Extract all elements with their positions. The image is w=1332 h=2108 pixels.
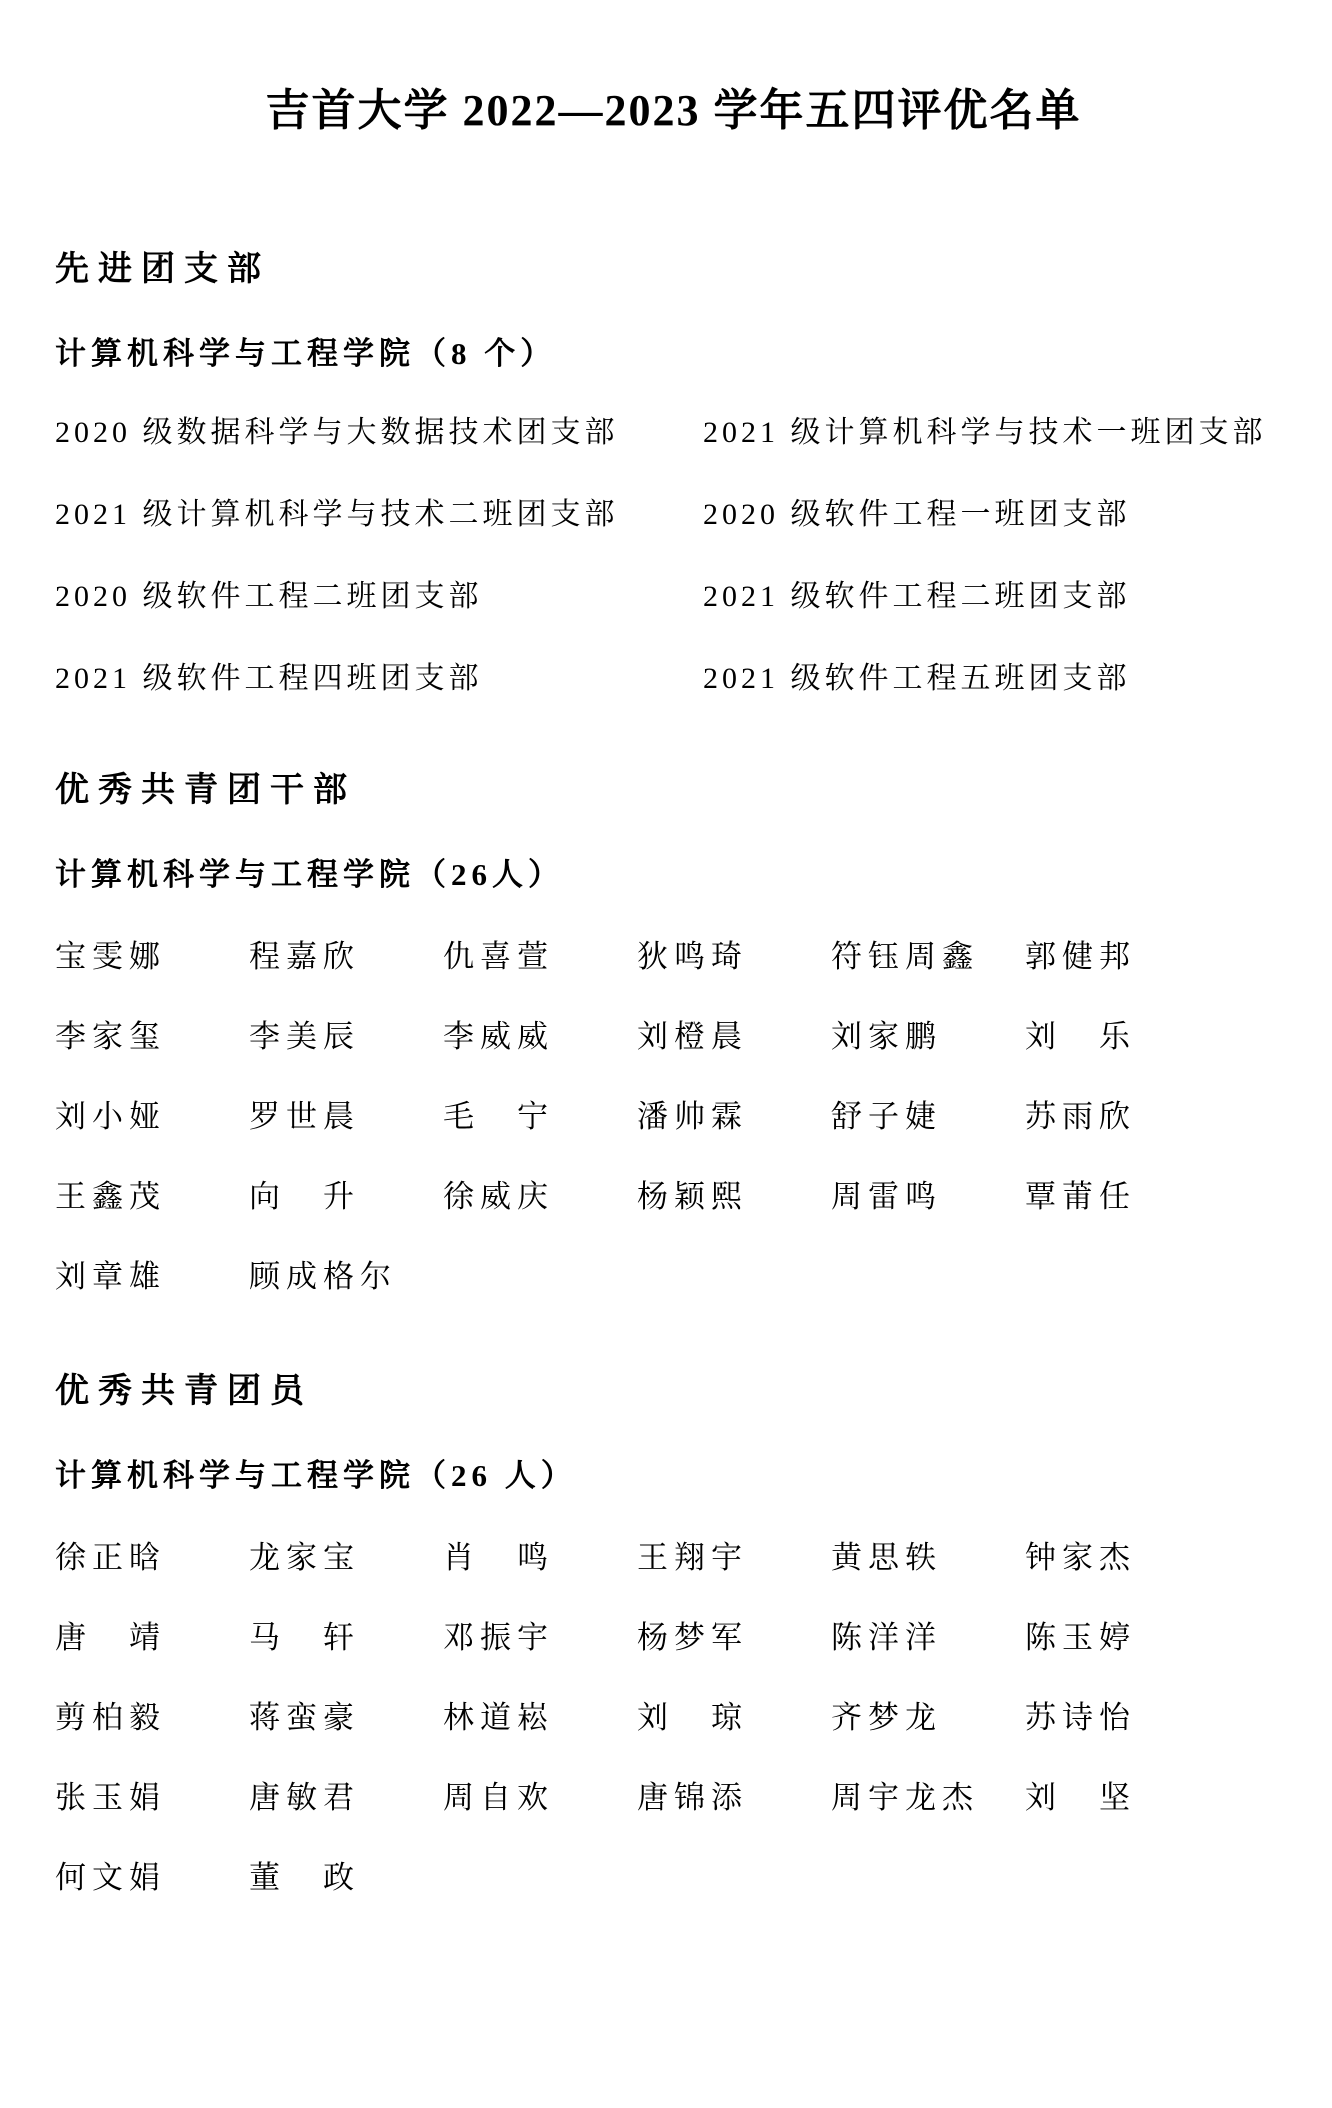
section-heading: 优秀共青团干部 xyxy=(55,770,1292,812)
name-item: 王鑫茂 xyxy=(55,1175,249,1219)
name-item: 钟家杰 xyxy=(1025,1536,1219,1580)
name-item: 唐 靖 xyxy=(55,1616,249,1660)
name-item: 何文娟 xyxy=(55,1856,249,1900)
branch-row: 2021 级计算机科学与技术二班团支部2020 级软件工程一班团支部 xyxy=(55,496,1292,534)
branch-row: 2021 级软件工程四班团支部2021 级软件工程五班团支部 xyxy=(55,660,1292,698)
name-item: 刘章雄 xyxy=(55,1255,249,1299)
section-subheading: 计算机科学与工程学院（26人） xyxy=(55,855,1292,895)
name-item: 顾成格尔 xyxy=(249,1255,443,1299)
section-subheading: 计算机科学与工程学院（8 个） xyxy=(55,334,1292,374)
name-item: 符钰周鑫 xyxy=(831,935,1025,979)
name-item: 马 轩 xyxy=(249,1616,443,1660)
name-item: 邓振宇 xyxy=(443,1616,637,1660)
name-item: 刘小娅 xyxy=(55,1095,249,1139)
section-advanced-league-branches: 先进团支部 计算机科学与工程学院（8 个） 2020 级数据科学与大数据技术团支… xyxy=(55,249,1292,698)
page-title: 吉首大学 2022—2023 学年五四评优名单 xyxy=(55,85,1292,137)
name-item: 毛 宁 xyxy=(443,1095,637,1139)
document-page: 吉首大学 2022—2023 学年五四评优名单 先进团支部 计算机科学与工程学院… xyxy=(0,0,1332,2108)
name-row: 剪柏毅蒋蛮豪林道崧刘 琼齐梦龙苏诗怡 xyxy=(55,1696,1292,1740)
name-item: 杨梦军 xyxy=(637,1616,831,1660)
name-item: 周雷鸣 xyxy=(831,1175,1025,1219)
name-row: 刘小娅罗世晨毛 宁潘帅霖舒子婕苏雨欣 xyxy=(55,1095,1292,1139)
name-item: 郭健邦 xyxy=(1025,935,1219,979)
name-row: 李家玺李美辰李威威刘橙晨刘家鹏刘 乐 xyxy=(55,1015,1292,1059)
name-row: 张玉娟唐敏君周自欢唐锦添周宇龙杰刘 坚 xyxy=(55,1776,1292,1820)
name-row: 唐 靖马 轩邓振宇杨梦军陈洋洋陈玉婷 xyxy=(55,1616,1292,1660)
name-item: 狄鸣琦 xyxy=(637,935,831,979)
name-item: 蒋蛮豪 xyxy=(249,1696,443,1740)
branch-item: 2021 级软件工程二班团支部 xyxy=(703,578,1292,616)
name-item: 李威威 xyxy=(443,1015,637,1059)
name-item: 刘 坚 xyxy=(1025,1776,1219,1820)
branch-item: 2020 级软件工程一班团支部 xyxy=(703,496,1292,534)
name-item: 剪柏毅 xyxy=(55,1696,249,1740)
cadre-name-list: 宝雯娜程嘉欣仇喜萱狄鸣琦符钰周鑫郭健邦李家玺李美辰李威威刘橙晨刘家鹏刘 乐刘小娅… xyxy=(55,935,1292,1299)
branch-list: 2020 级数据科学与大数据技术团支部2021 级计算机科学与技术一班团支部20… xyxy=(55,414,1292,698)
name-item: 宝雯娜 xyxy=(55,935,249,979)
name-item: 程嘉欣 xyxy=(249,935,443,979)
name-item: 苏诗怡 xyxy=(1025,1696,1219,1740)
name-item: 陈洋洋 xyxy=(831,1616,1025,1660)
name-item: 周自欢 xyxy=(443,1776,637,1820)
name-item: 潘帅霖 xyxy=(637,1095,831,1139)
branch-row: 2020 级软件工程二班团支部2021 级软件工程二班团支部 xyxy=(55,578,1292,616)
section-heading: 先进团支部 xyxy=(55,249,1292,291)
name-item: 唐敏君 xyxy=(249,1776,443,1820)
name-item: 苏雨欣 xyxy=(1025,1095,1219,1139)
branch-item: 2021 级计算机科学与技术二班团支部 xyxy=(55,496,703,534)
name-item: 刘家鹏 xyxy=(831,1015,1025,1059)
branch-item: 2021 级软件工程四班团支部 xyxy=(55,660,703,698)
name-row: 刘章雄顾成格尔 xyxy=(55,1255,1292,1299)
section-heading: 优秀共青团员 xyxy=(55,1371,1292,1413)
name-item: 杨颖熙 xyxy=(637,1175,831,1219)
name-item: 李美辰 xyxy=(249,1015,443,1059)
name-item: 龙家宝 xyxy=(249,1536,443,1580)
branch-row: 2020 级数据科学与大数据技术团支部2021 级计算机科学与技术一班团支部 xyxy=(55,414,1292,452)
name-item: 黄思轶 xyxy=(831,1536,1025,1580)
name-item: 王翔宇 xyxy=(637,1536,831,1580)
name-item: 仇喜萱 xyxy=(443,935,637,979)
name-item: 覃莆任 xyxy=(1025,1175,1219,1219)
branch-item: 2021 级计算机科学与技术一班团支部 xyxy=(703,414,1292,452)
branch-item: 2021 级软件工程五班团支部 xyxy=(703,660,1292,698)
name-item: 刘橙晨 xyxy=(637,1015,831,1059)
branch-item: 2020 级软件工程二班团支部 xyxy=(55,578,703,616)
name-item: 罗世晨 xyxy=(249,1095,443,1139)
name-row: 何文娟董 政 xyxy=(55,1856,1292,1900)
name-item: 舒子婕 xyxy=(831,1095,1025,1139)
name-row: 徐正晗龙家宝肖 鸣王翔宇黄思轶钟家杰 xyxy=(55,1536,1292,1580)
name-item: 张玉娟 xyxy=(55,1776,249,1820)
section-subheading: 计算机科学与工程学院（26 人） xyxy=(55,1456,1292,1496)
name-item: 齐梦龙 xyxy=(831,1696,1025,1740)
section-outstanding-league-cadres: 优秀共青团干部 计算机科学与工程学院（26人） 宝雯娜程嘉欣仇喜萱狄鸣琦符钰周鑫… xyxy=(55,770,1292,1299)
name-item: 董 政 xyxy=(249,1856,443,1900)
branch-item: 2020 级数据科学与大数据技术团支部 xyxy=(55,414,703,452)
name-item: 周宇龙杰 xyxy=(831,1776,1025,1820)
section-outstanding-league-members: 优秀共青团员 计算机科学与工程学院（26 人） 徐正晗龙家宝肖 鸣王翔宇黄思轶钟… xyxy=(55,1371,1292,1900)
name-row: 宝雯娜程嘉欣仇喜萱狄鸣琦符钰周鑫郭健邦 xyxy=(55,935,1292,979)
name-item: 刘 琼 xyxy=(637,1696,831,1740)
name-item: 向 升 xyxy=(249,1175,443,1219)
name-item: 刘 乐 xyxy=(1025,1015,1219,1059)
name-item: 唐锦添 xyxy=(637,1776,831,1820)
name-item: 陈玉婷 xyxy=(1025,1616,1219,1660)
name-row: 王鑫茂向 升徐威庆杨颖熙周雷鸣覃莆任 xyxy=(55,1175,1292,1219)
member-name-list: 徐正晗龙家宝肖 鸣王翔宇黄思轶钟家杰唐 靖马 轩邓振宇杨梦军陈洋洋陈玉婷剪柏毅蒋… xyxy=(55,1536,1292,1900)
name-item: 林道崧 xyxy=(443,1696,637,1740)
name-item: 肖 鸣 xyxy=(443,1536,637,1580)
name-item: 徐威庆 xyxy=(443,1175,637,1219)
name-item: 徐正晗 xyxy=(55,1536,249,1580)
name-item: 李家玺 xyxy=(55,1015,249,1059)
